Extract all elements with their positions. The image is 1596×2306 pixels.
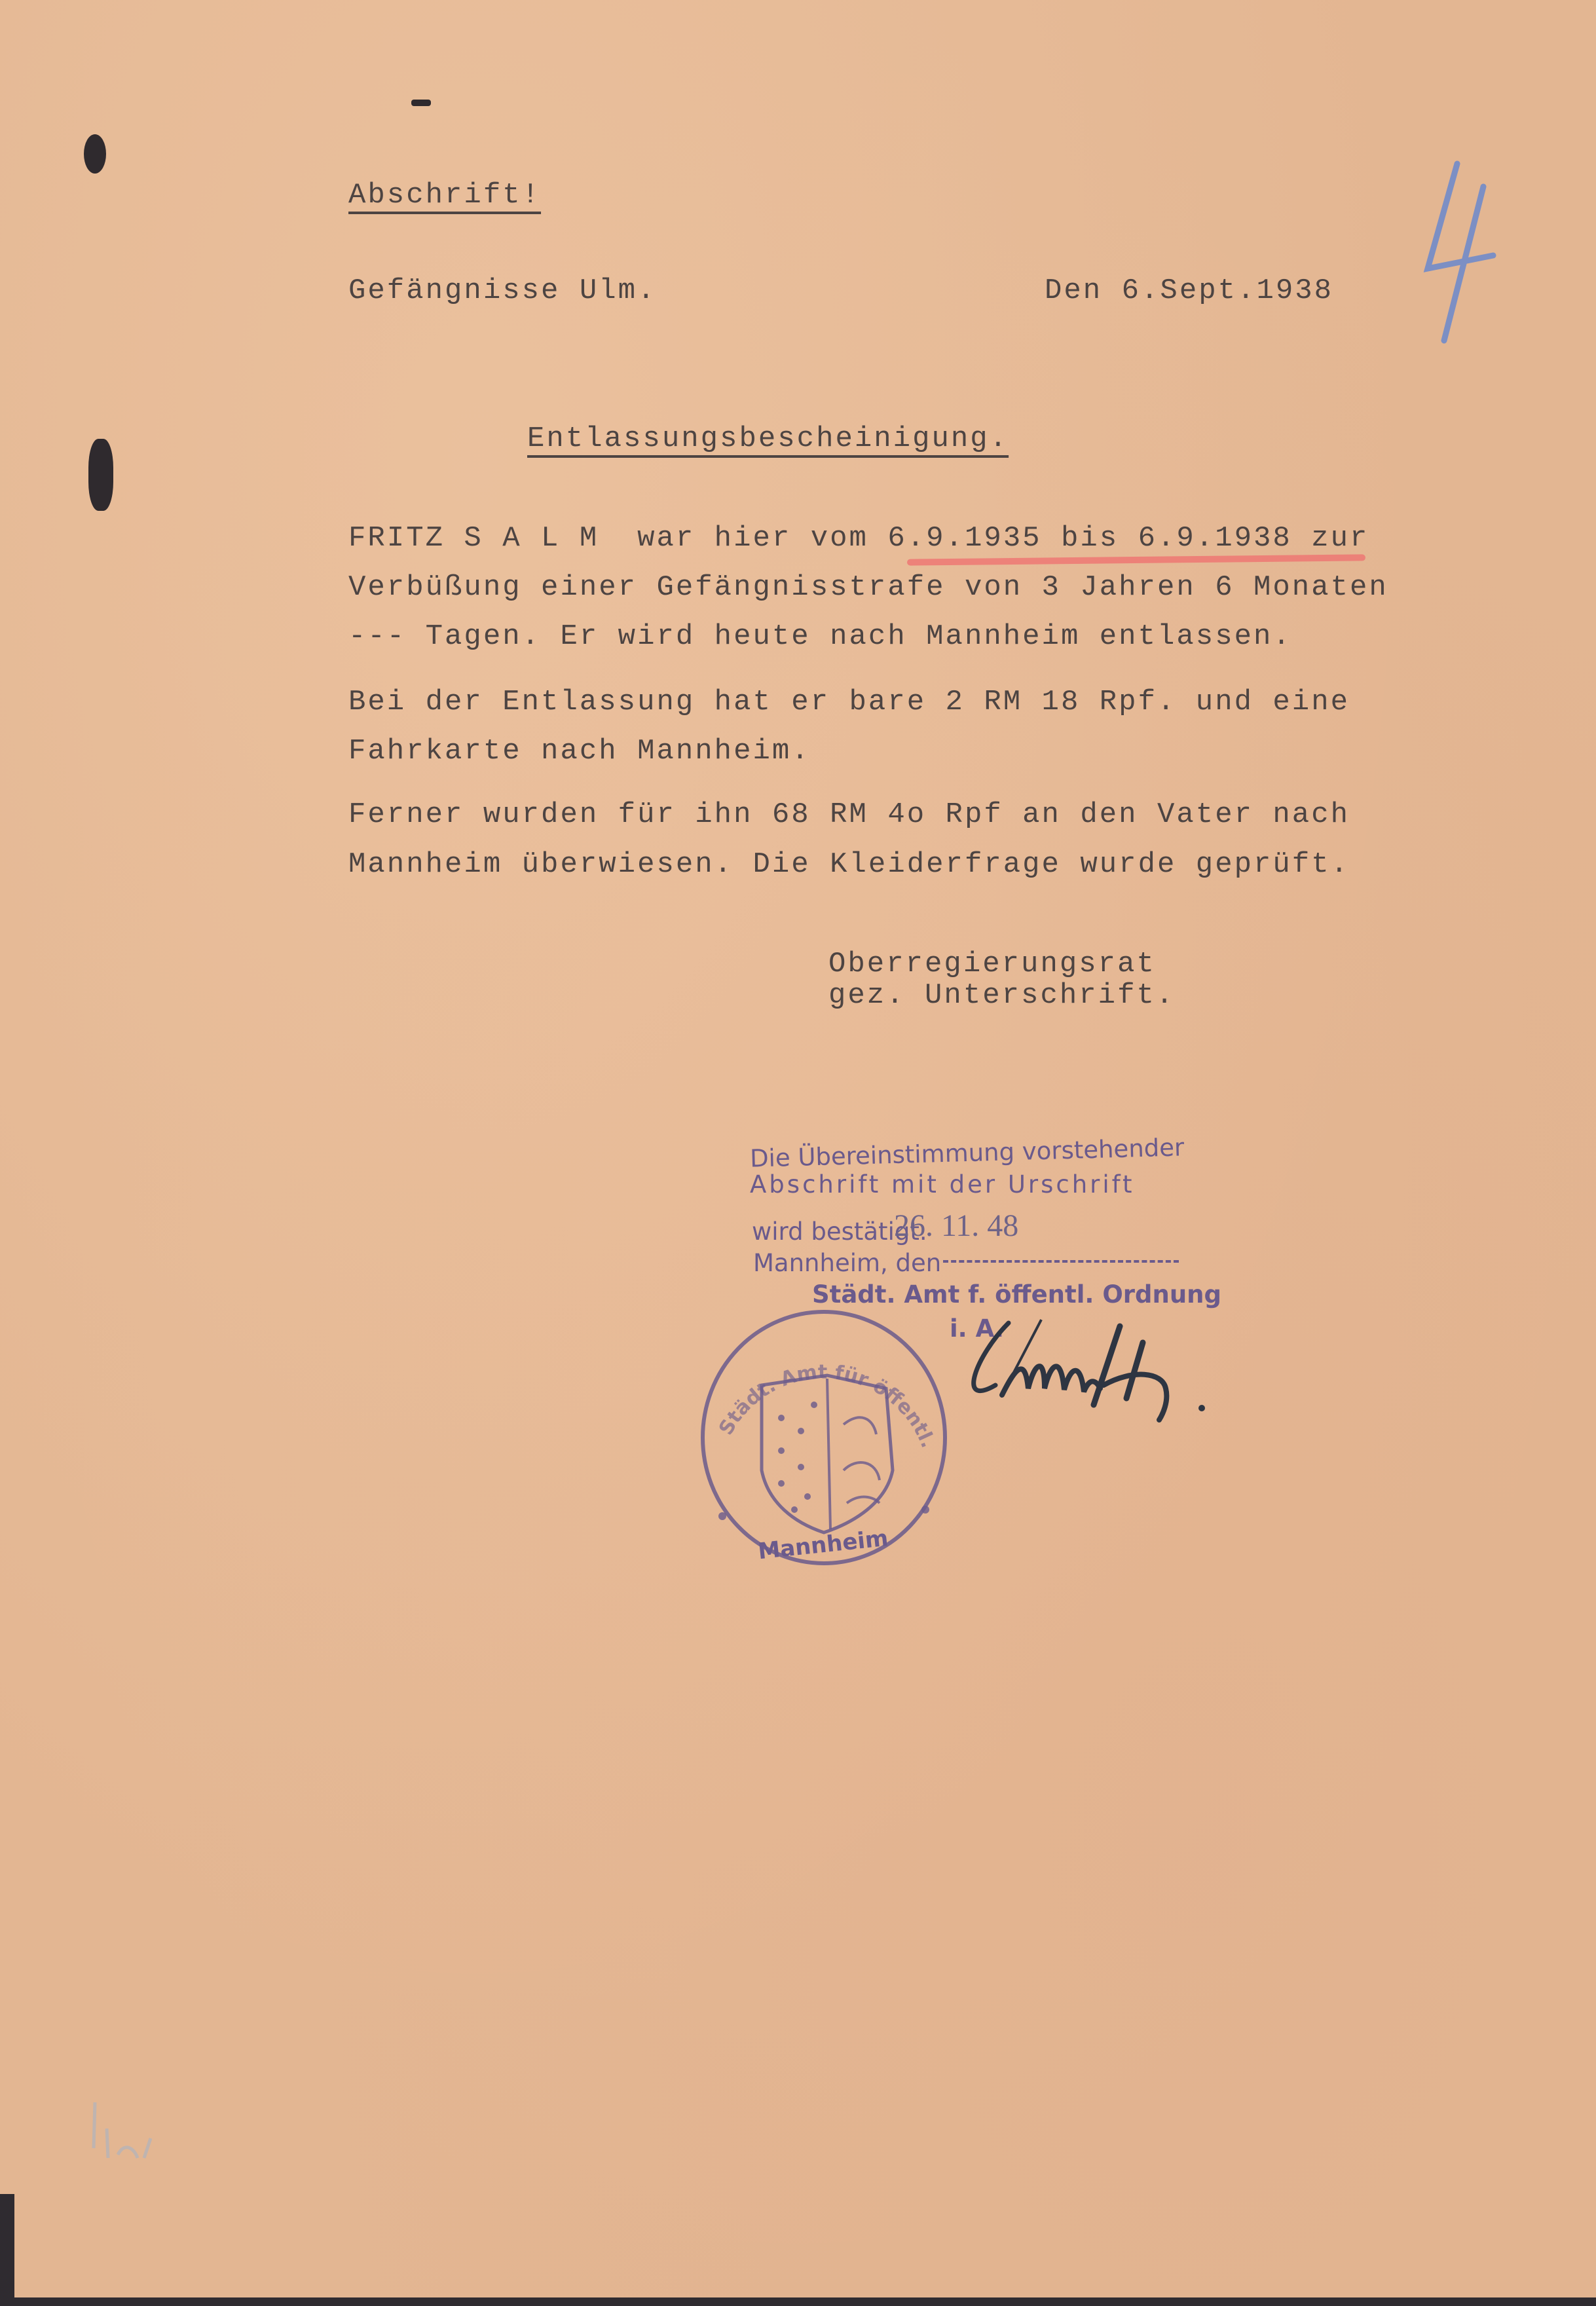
header-label: Abschrift! <box>348 181 541 210</box>
signature-scribble-icon <box>963 1316 1212 1428</box>
stamp-line-4: Mannheim, den <box>753 1251 941 1275</box>
body-line: Ferner wurden für ihn 68 RM 4o Rpf an de… <box>348 800 1350 829</box>
body-line: Verbüßung einer Gefängnisstrafe von 3 Ja… <box>348 573 1388 602</box>
document-date: Den 6.Sept.1938 <box>1045 276 1333 305</box>
body-line: Fahrkarte nach Mannheim. <box>348 737 811 766</box>
svg-text:Städt. Amt für öffentl. Ordnun: Städt. Amt für öffentl. Ordnung <box>696 1307 942 1457</box>
ink-speck <box>411 100 431 106</box>
mannheim-coat-of-arms-seal-icon: Städt. Amt für öffentl. Ordnung Mannheim <box>696 1307 952 1569</box>
sender-office: Gefängnisse Ulm. <box>348 276 656 305</box>
handwritten-signature <box>963 1316 1212 1428</box>
punch-mark-top <box>84 134 106 174</box>
dark-edge-bottom-left <box>0 2194 14 2306</box>
faint-pencil-mark <box>88 2102 174 2161</box>
stamp-line-1: Die Übereinstimmung vorstehender <box>750 1135 1185 1170</box>
body-line: Mannheim überwiesen. Die Kleiderfrage wu… <box>348 850 1350 879</box>
signature-note: gez. Unterschrift. <box>828 981 1175 1010</box>
document-title: Entlassungsbescheinigung. <box>527 424 1009 453</box>
body-line: --- Tagen. Er wird heute nach Mannheim e… <box>348 622 1292 651</box>
round-seal: Städt. Amt für öffentl. Ordnung Mannheim <box>696 1307 952 1569</box>
seal-top-text: Städt. Amt für öffentl. Ordnung <box>696 1307 942 1457</box>
body-line: Bei der Entlassung hat er bare 2 RM 18 R… <box>348 688 1350 716</box>
pencil-scribble-icon <box>88 2102 174 2161</box>
stamp-line-2: Abschrift mit der Urschrift <box>750 1172 1135 1197</box>
dark-edge-bottom <box>0 2297 1596 2306</box>
date-dotted-line <box>943 1260 1179 1263</box>
stamp-office: Städt. Amt f. öffentl. Ordnung <box>812 1282 1221 1307</box>
handwritten-four-icon <box>1408 151 1500 347</box>
body-line: FRITZ S A L M war hier vom 6.9.1935 bis … <box>348 524 1369 553</box>
stamp-date: 26. 11. 48 <box>894 1210 1018 1242</box>
page-marker <box>1408 151 1500 347</box>
punch-mark-middle <box>88 439 113 511</box>
signatory-title: Oberregierungsrat <box>828 950 1156 978</box>
red-pencil-underline <box>907 554 1365 565</box>
